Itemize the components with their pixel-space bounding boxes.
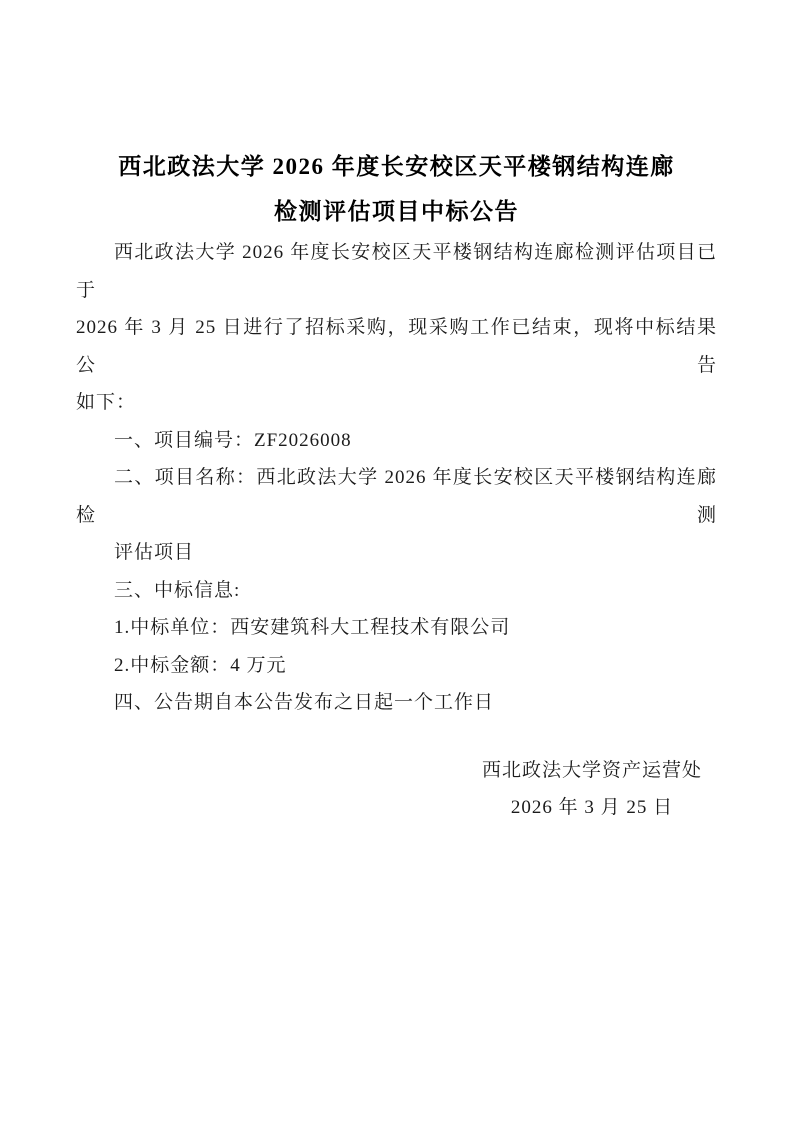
signature-block: 西北政法大学资产运营处 2026 年 3 月 25 日: [482, 752, 702, 827]
document-content: 西北政法大学 2026 年度长安校区天平楼钢结构连廊 检测评估项目中标公告 西北…: [0, 144, 793, 827]
signature-date: 2026 年 3 月 25 日: [482, 789, 702, 827]
title-line-1: 西北政法大学 2026 年度长安校区天平楼钢结构连廊: [76, 144, 717, 189]
item-award-info-heading: 三、中标信息:: [76, 572, 717, 610]
signature-department: 西北政法大学资产运营处: [482, 752, 702, 790]
item-award-amount: 2.中标金额：4 万元: [76, 647, 717, 685]
paragraph-line-1: 西北政法大学 2026 年度长安校区天平楼钢结构连廊检测评估项目已于: [76, 234, 717, 309]
item-award-winner: 1.中标单位：西安建筑科大工程技术有限公司: [76, 609, 717, 647]
item-announcement-period: 四、公告期自本公告发布之日起一个工作日: [76, 684, 717, 722]
document-title: 西北政法大学 2026 年度长安校区天平楼钢结构连廊 检测评估项目中标公告: [76, 144, 717, 234]
intro-paragraph: 西北政法大学 2026 年度长安校区天平楼钢结构连廊检测评估项目已于 2026 …: [76, 234, 717, 422]
item-project-name-continued: 评估项目: [76, 534, 717, 572]
item-project-number: 一、项目编号：ZF2026008: [76, 422, 717, 460]
paragraph-line-2: 2026 年 3 月 25 日进行了招标采购，现采购工作已结束，现将中标结果公告: [76, 309, 717, 384]
document-page: 西北政法大学 2026 年度长安校区天平楼钢结构连廊 检测评估项目中标公告 西北…: [0, 0, 793, 1122]
item-project-name: 二、项目名称：西北政法大学 2026 年度长安校区天平楼钢结构连廊检测: [76, 459, 717, 534]
paragraph-line-3: 如下：: [76, 384, 717, 422]
announcement-items: 一、项目编号：ZF2026008 二、项目名称：西北政法大学 2026 年度长安…: [76, 422, 717, 722]
title-line-2: 检测评估项目中标公告: [76, 189, 717, 234]
